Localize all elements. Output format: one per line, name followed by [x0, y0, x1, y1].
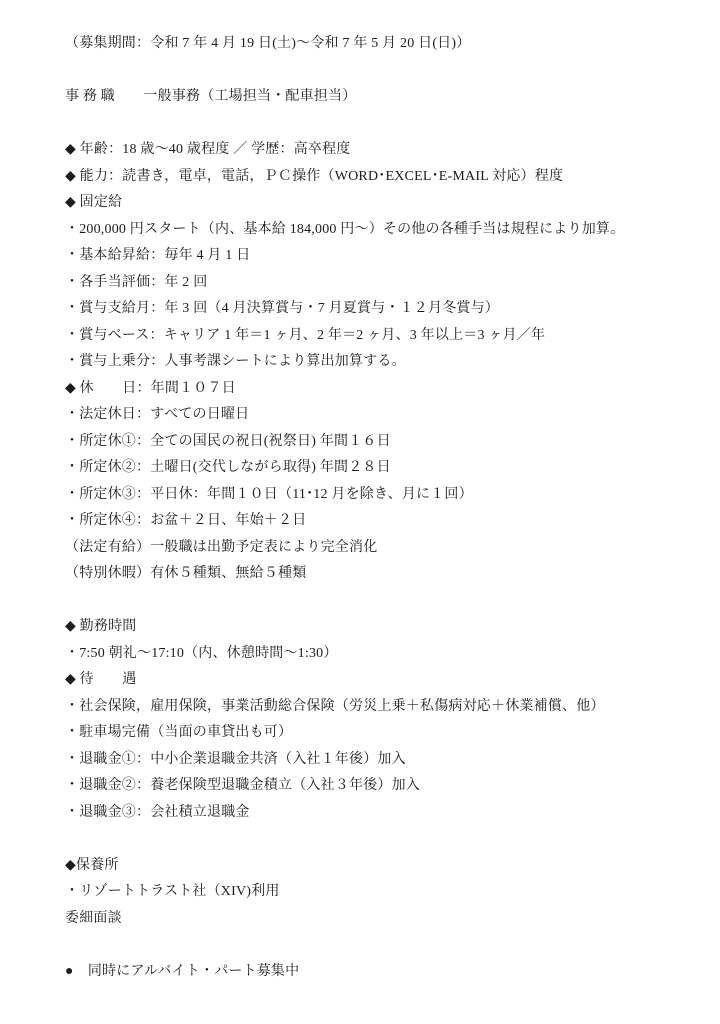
doc-blank-line-30	[65, 826, 692, 853]
doc-line-23: ・7:50 朝礼～17:10（内、休憩時間～1:30）	[65, 641, 692, 668]
doc-blank-line-34	[65, 932, 692, 959]
doc-line-25: ・社会保険，雇用保険，事業活動総合保険（労災上乗＋私傷病対応＋休業補償、他）	[65, 694, 692, 721]
doc-line-13: ◆ 休 日：年間１０７日	[65, 376, 692, 403]
doc-line-12: ・賞与上乗分：人事考課シートにより算出加算する。	[65, 349, 692, 376]
doc-line-4: ◆ 年齢：18 歳～40 歳程度 ／ 学歴：高卒程度	[65, 137, 692, 164]
doc-line-16: ・所定休②：土曜日(交代しながら取得) 年間２８日	[65, 455, 692, 482]
doc-line-14: ・法定休日：すべての日曜日	[65, 402, 692, 429]
doc-line-2: 事 務 職 一般事務（工場担当・配車担当）	[65, 84, 692, 111]
document-page: （募集期間：令和 7 年 4 月 19 日(土)～令和 7 年 5 月 20 日…	[0, 0, 720, 1024]
doc-line-32: ・リゾートトラスト社（XIV)利用	[65, 879, 692, 906]
doc-line-18: ・所定休④：お盆＋２日、年始＋２日	[65, 508, 692, 535]
doc-line-24: ◆ 待 遇	[65, 667, 692, 694]
doc-line-17: ・所定休③：平日休：年間１０日（11･12 月を除き、月に１回）	[65, 482, 692, 509]
doc-line-33: 委細面談	[65, 906, 692, 933]
doc-line-8: ・基本給昇給：毎年 4 月 1 日	[65, 243, 692, 270]
doc-line-10: ・賞与支給月：年 3 回（4 月決算賞与・7 月夏賞与・１２月冬賞与）	[65, 296, 692, 323]
doc-line-20: （特別休暇）有休５種類、無給５種類	[65, 561, 692, 588]
doc-line-28: ・退職金②：養老保険型退職金積立（入社３年後）加入	[65, 773, 692, 800]
doc-blank-line-3	[65, 111, 692, 138]
doc-line-27: ・退職金①：中小企業退職金共済（入社１年後）加入	[65, 747, 692, 774]
document-body: （募集期間：令和 7 年 4 月 19 日(土)～令和 7 年 5 月 20 日…	[65, 31, 692, 985]
doc-line-7: ・200,000 円スタート（内、基本給 184,000 円～）その他の各種手当…	[65, 217, 692, 244]
doc-line-11: ・賞与ベース：キャリア 1 年＝1 ヶ月、2 年＝2 ヶ月、3 年以上＝3 ヶ月…	[65, 323, 692, 350]
doc-line-31: ◆保養所	[65, 853, 692, 880]
doc-line-35: ● 同時にアルバイト・パート募集中	[65, 959, 692, 986]
doc-line-19: （法定有給）一般職は出勤予定表により完全消化	[65, 535, 692, 562]
doc-line-29: ・退職金③：会社積立退職金	[65, 800, 692, 827]
doc-blank-line-1	[65, 58, 692, 85]
doc-line-9: ・各手当評価：年 2 回	[65, 270, 692, 297]
doc-blank-line-21	[65, 588, 692, 615]
doc-line-26: ・駐車場完備（当面の車貸出も可）	[65, 720, 692, 747]
doc-line-15: ・所定休①：全ての国民の祝日(祝祭日) 年間１６日	[65, 429, 692, 456]
doc-line-5: ◆ 能力：読書き，電卓，電話，ＰＣ操作（WORD･EXCEL･E-MAIL 対応…	[65, 164, 692, 191]
doc-line-6: ◆ 固定給	[65, 190, 692, 217]
doc-line-22: ◆ 勤務時間	[65, 614, 692, 641]
doc-line-0: （募集期間：令和 7 年 4 月 19 日(土)～令和 7 年 5 月 20 日…	[65, 31, 692, 58]
